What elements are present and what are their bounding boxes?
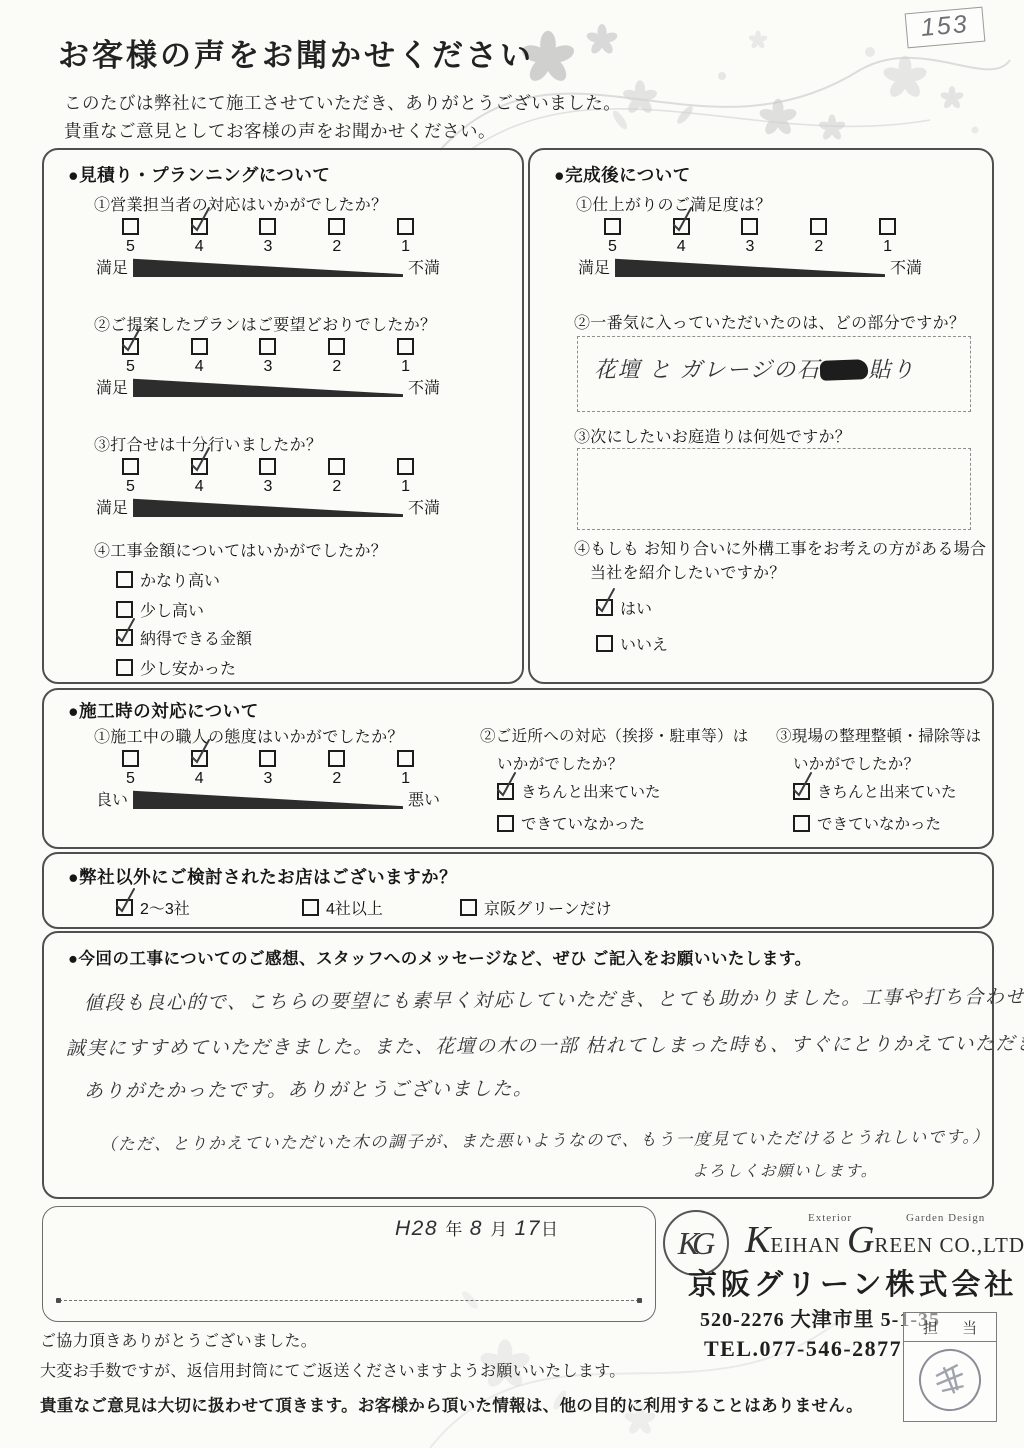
planning-q4-option-1[interactable]: かなり高い [116, 568, 220, 591]
rating-checkbox-2[interactable] [328, 750, 345, 767]
construction-q3-line1: ③現場の整理整頓・掃除等は [776, 724, 981, 746]
construction-q2-opt1-checked[interactable]: きちんと出来ていた [497, 780, 661, 802]
completion-section: ●完成後について ①仕上がりのご満足度は？ 5 4 3 2 1 満足不満 ②一番… [528, 148, 994, 684]
checkmark-icon [114, 616, 138, 644]
completion-section-title: ●完成後について [554, 162, 691, 187]
checkmark-icon [189, 205, 213, 233]
rating-checkbox-3[interactable] [741, 218, 758, 235]
rating-checkbox-3[interactable] [259, 458, 276, 475]
rating-checkbox-3[interactable] [259, 218, 276, 235]
planning-section-title: ●見積り・プランニングについて [68, 162, 330, 187]
footer-line-1: ご協力頂きありがとうございました。 [40, 1328, 317, 1351]
construction-q1-scale: 5 4 3 2 1 良い悪い [96, 750, 440, 810]
construction-q2-opt2[interactable]: できていなかった [497, 812, 645, 834]
intro-line-1: このたびは弊社にて施工させていただき、ありがとうございました。 [64, 90, 621, 115]
planning-q4-option-3-checked[interactable]: 納得できる金額 [116, 626, 252, 649]
completion-q4-no[interactable]: いいえ [596, 632, 668, 655]
handwritten-answer: 花壇 と ガレージの石貼り [594, 353, 915, 384]
rating-checkbox-5[interactable] [122, 750, 139, 767]
rating-checkbox-2[interactable] [328, 218, 345, 235]
comments-title: ●今回の工事についてのご感想、スタッフへのメッセージなど、ぜひ ご記入をお願いい… [68, 945, 812, 969]
footer-line-3: 貴重なご意見は大切に扱わせて頂きます。お客様から頂いた情報は、他の目的に利用する… [40, 1392, 863, 1416]
scribbled-out-text [820, 359, 869, 381]
company-phone: TEL.077-546-2877 [704, 1336, 902, 1362]
rating-checkbox-4-checked[interactable] [191, 750, 208, 767]
handwritten-comment-line2: 誠実にすすめていただきました。また、花壇の木の一部 枯れてしまった時も、すぐにと… [66, 1028, 1024, 1060]
signature-line [59, 1300, 639, 1301]
hanko-stamp-icon [911, 1341, 989, 1419]
rating-checkbox-4-checked[interactable] [191, 458, 208, 475]
rating-checkbox-2[interactable] [810, 218, 827, 235]
handwritten-comment-line3: ありがたかったです。ありがとうございました。 [84, 1074, 534, 1103]
rating-checkbox-2[interactable] [328, 458, 345, 475]
date-address-box[interactable]: H28 年 8 月 17日 [42, 1206, 656, 1322]
handwritten-comment-note: （ただ、とりかえていただいた木の調子が、また悪いようなので、もう一度見ていただけ… [100, 1123, 990, 1155]
handwritten-comment-line1: 値段も良心的で、こちらの要望にも素早く対応していただき、とても助かりました。工事… [84, 982, 1024, 1016]
rating-checkbox-5[interactable] [122, 458, 139, 475]
construction-section: ●施工時の対応について ①施工中の職人の態度はいかがでしたか？ 5 4 3 2 … [42, 688, 994, 849]
checkmark-icon [594, 586, 618, 614]
completion-q4-line2: 当社を紹介したいですか？ [590, 560, 786, 583]
competitors-opt2[interactable]: 4社以上 [302, 896, 383, 919]
construction-q3-opt2[interactable]: できていなかった [793, 812, 941, 834]
rating-checkbox-1[interactable] [397, 338, 414, 355]
construction-q3-opt1-checked[interactable]: きちんと出来ていた [793, 780, 957, 802]
planning-q1-scale: 5 4 3 2 1 満足不満 [96, 218, 440, 278]
checkbox[interactable] [116, 571, 133, 588]
rating-checkbox-3[interactable] [259, 750, 276, 767]
planning-q2-scale: 5 4 3 2 1 満足不満 [96, 338, 440, 398]
construction-q2-line1: ②ご近所への対応（挨拶・駐車等）は [480, 724, 749, 746]
rating-checkbox-1[interactable] [397, 458, 414, 475]
planning-q1: ①営業担当者の対応はいかがでしたか？ [94, 192, 387, 215]
handwritten-comment-note2: よろしくお願いします。 [692, 1159, 878, 1181]
checkmark-icon [791, 770, 815, 798]
checkmark-icon [189, 445, 213, 473]
bad-label: 悪い [408, 792, 440, 810]
handwritten-date: H28 年 8 月 17日 [395, 1215, 558, 1241]
line-end-dot [56, 1298, 61, 1303]
rating-checkbox-4[interactable] [191, 338, 208, 355]
staff-stamp-box: 担 当 [903, 1312, 997, 1422]
checkbox-checked[interactable] [497, 783, 514, 800]
completion-q3: ③次にしたいお庭造りは何処ですか？ [574, 424, 851, 447]
good-label: 良い [96, 792, 128, 810]
rating-checkbox-5-checked[interactable] [122, 338, 139, 355]
comments-section[interactable]: ●今回の工事についてのご感想、スタッフへのメッセージなど、ぜひ ご記入をお願いい… [42, 931, 994, 1199]
satisfaction-wedge [133, 790, 403, 809]
competitors-section: ●弊社以外にご検討されたお店はございますか？ 2～3社 4社以上 京阪グリーンだ… [42, 852, 994, 929]
rating-checkbox-1[interactable] [397, 750, 414, 767]
footer-line-2: 大変お手数ですが、返信用封筒にてご返送くださいますようお願いいたします。 [40, 1358, 626, 1381]
page-title: お客様の声をお聞かせください [58, 30, 534, 75]
company-name-japanese: 京阪グリーン株式会社 [688, 1262, 1017, 1303]
completion-q4-yes-checked[interactable]: はい [596, 596, 652, 619]
completion-q2-answer-box[interactable]: 花壇 と ガレージの石貼り [577, 336, 971, 412]
satisfaction-wedge [615, 258, 885, 277]
checkbox-checked[interactable] [793, 783, 810, 800]
checkmark-icon [495, 770, 519, 798]
competitors-opt3[interactable]: 京阪グリーンだけ [460, 896, 612, 919]
satisfaction-wedge [133, 498, 403, 517]
planning-q2: ②ご提案したプランはご要望どおりでしたか？ [94, 312, 436, 335]
rating-checkbox-1[interactable] [397, 218, 414, 235]
rating-checkbox-3[interactable] [259, 338, 276, 355]
completion-q3-answer-box[interactable] [577, 448, 971, 530]
checkbox[interactable] [497, 815, 514, 832]
staff-label: 担 当 [904, 1313, 996, 1342]
checkbox-checked[interactable] [116, 899, 133, 916]
checkbox-checked[interactable] [116, 629, 133, 646]
checkbox[interactable] [596, 635, 613, 652]
stamp-marks [922, 1352, 977, 1407]
rating-checkbox-4-checked[interactable] [191, 218, 208, 235]
rating-checkbox-4-checked[interactable] [673, 218, 690, 235]
completion-q1-scale: 5 4 3 2 1 満足不満 [578, 218, 922, 278]
dissatisfied-label: 不満 [408, 260, 440, 278]
satisfaction-wedge [133, 258, 403, 277]
planning-q4: ④工事金額についてはいかがでしたか？ [94, 538, 387, 561]
rating-checkbox-1[interactable] [879, 218, 896, 235]
competitors-opt1-checked[interactable]: 2～3社 [116, 896, 190, 919]
checkmark-icon [120, 325, 144, 353]
construction-section-title: ●施工時の対応について [68, 698, 259, 723]
intro-line-2: 貴重なご意見としてお客様の声をお聞かせください。 [64, 118, 496, 143]
satisfied-label: 満足 [96, 260, 128, 278]
planning-section: ●見積り・プランニングについて ①営業担当者の対応はいかがでしたか？ 5 4 3… [42, 148, 524, 684]
completion-q4-line1: ④もしも お知り合いに外構工事をお考えの方がある場合 [574, 536, 986, 559]
rating-checkbox-2[interactable] [328, 338, 345, 355]
rating-checkbox-5[interactable] [122, 218, 139, 235]
checkbox[interactable] [793, 815, 810, 832]
planning-q3-scale: 5 4 3 2 1 満足不満 [96, 458, 440, 518]
construction-q1: ①施工中の職人の態度はいかがでしたか？ [94, 724, 404, 747]
checkmark-icon [114, 886, 138, 914]
checkbox[interactable] [302, 899, 319, 916]
company-name-english: KEIHAN GREEN CO.,LTD. [745, 1218, 1024, 1262]
completion-q2: ②一番気に入っていただいたのは、どの部分ですか？ [574, 310, 965, 333]
rating-checkbox-5[interactable] [604, 218, 621, 235]
line-end-dot [637, 1298, 642, 1303]
checkmark-icon [671, 205, 695, 233]
checkbox[interactable] [116, 659, 133, 676]
planning-q4-option-4[interactable]: 少し安かった [116, 656, 236, 679]
form-number-tag: 153 [905, 7, 985, 49]
checkmark-icon [189, 737, 213, 765]
satisfaction-wedge [133, 378, 403, 397]
checkbox-checked[interactable] [596, 599, 613, 616]
checkbox[interactable] [460, 899, 477, 916]
survey-form-page: 153 お客様の声をお聞かせください このたびは弊社にて施工させていただき、あり… [0, 0, 1024, 1448]
